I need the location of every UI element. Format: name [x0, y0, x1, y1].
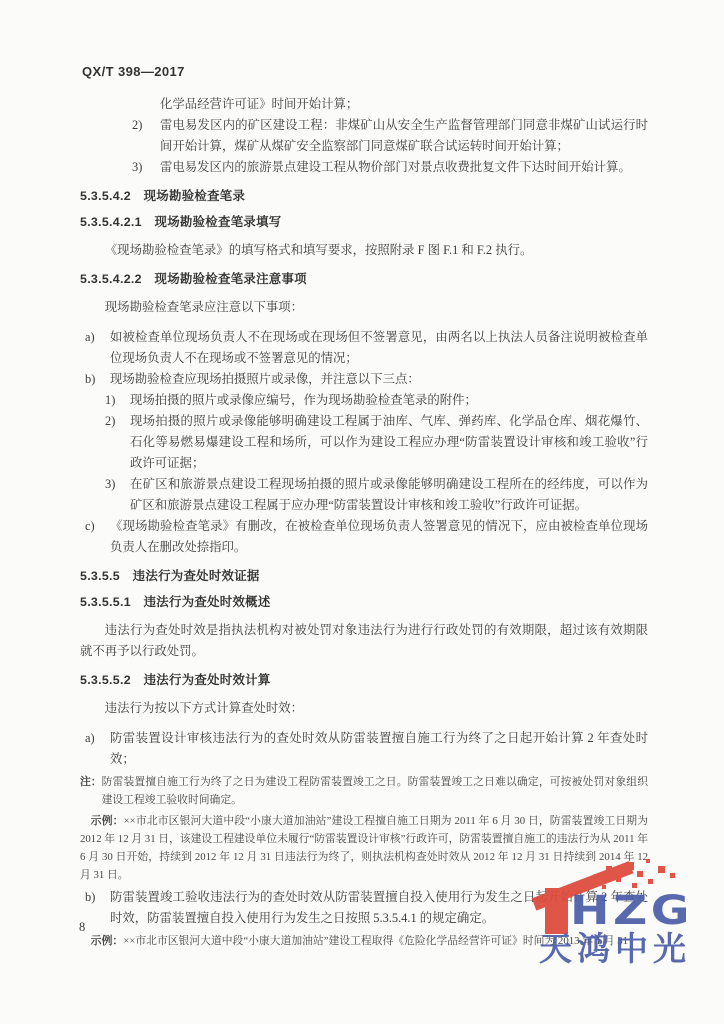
logo-pixel-dot: [670, 873, 675, 878]
logo-company-name: 天鸿中光: [539, 932, 691, 966]
section-heading: 5.3.5.4.2.2 现场勘验检查笔录注意事项: [80, 271, 648, 287]
logo-pixel-dot: [648, 879, 653, 884]
logo-pixel-dot: [637, 871, 643, 877]
list-item: 1) 现场拍摄的照片或录像应编号，作为现场勘验检查笔录的附件；: [80, 390, 648, 411]
list-item-label: a): [85, 728, 110, 770]
list-item-continuation: 化学品经营许可证》时间开始计算；: [80, 94, 648, 115]
logo-red-stem: [545, 888, 568, 934]
logo-pixel-dot: [594, 874, 601, 881]
logo-pixel-dot: [626, 862, 634, 870]
list-item-text: 雷电易发区内的矿区建设工程：非煤矿山从安全生产监督管理部门同意非煤矿山试运行时间…: [160, 115, 648, 157]
list-item: a) 防雷装置设计审核违法行为的查处时效从防雷装置擅自施工行为终了之日起开始计算…: [80, 728, 648, 770]
list-item-label: b): [85, 887, 110, 929]
section-heading: 5.3.5.5.1 违法行为查处时效概述: [80, 594, 648, 610]
page-number: 8: [79, 920, 85, 935]
logo-pixel-dot: [606, 866, 612, 872]
list-item-text: 在矿区和旅游景点建设工程现场拍摄的照片或录像能够明确建设工程所在的经纬度，可以作…: [130, 474, 648, 516]
section-heading: 5.3.5.5 违法行为查处时效证据: [80, 568, 648, 584]
logo-pixel-dot: [616, 877, 621, 882]
list-item-label: a): [85, 327, 110, 369]
section-heading: 5.3.5.4.2 现场勘验检查笔录: [80, 188, 648, 204]
list-item: b) 现场勘验检查应现场拍摄照片或录像，并注意以下三点：: [80, 369, 648, 390]
standard-number: QX/T 398—2017: [82, 64, 185, 79]
note-label: 注：: [80, 773, 102, 809]
logo-pixel-dot: [646, 859, 650, 863]
list-item-text: 现场勘验检查应现场拍摄照片或录像，并注意以下三点：: [110, 369, 648, 390]
list-item-label: 3): [105, 474, 130, 516]
list-item-label: 1): [105, 390, 130, 411]
note: 注： 防雷装置擅自施工行为终了之日为建设工程防雷装置竣工之日。防雷装置竣工之日难…: [80, 773, 648, 809]
company-watermark-logo: HZG 天鸿中光: [536, 856, 724, 971]
list-item-label: 2): [132, 115, 160, 157]
list-item: c) 《现场勘验检查笔录》有删改，在被检查单位现场负责人签署意见的情况下，应由被…: [80, 516, 648, 558]
list-item-text: 如被检查单位现场负责人不在现场或在现场但不签署意见，由两名以上执法人员备注说明被…: [110, 327, 648, 369]
list-item-text: 雷电易发区内的旅游景点建设工程从物价部门对景点收费批复文件下达时间开始计算。: [160, 157, 648, 178]
note-text: 防雷装置擅自施工行为终了之日为建设工程防雷装置竣工之日。防雷装置竣工之日难以确定…: [102, 773, 648, 809]
list-item-text: 《现场勘验检查笔录》有删改，在被检查单位现场负责人签署意见的情况下，应由被检查单…: [110, 516, 648, 558]
list-item: 3) 雷电易发区内的旅游景点建设工程从物价部门对景点收费批复文件下达时间开始计算…: [80, 157, 648, 178]
section-heading: 5.3.5.4.2.1 现场勘验检查笔录填写: [80, 214, 648, 230]
list-item: 2) 雷电易发区内的矿区建设工程：非煤矿山从安全生产监督管理部门同意非煤矿山试运…: [80, 115, 648, 157]
list-item: 2) 现场拍摄的照片或录像能够明确建设工程属于油库、气库、弹药库、化学品仓库、烟…: [80, 411, 648, 474]
list-item: a) 如被检查单位现场负责人不在现场或在现场但不签署意见，由两名以上执法人员备注…: [80, 327, 648, 369]
page-content: 化学品经营许可证》时间开始计算； 2) 雷电易发区内的矿区建设工程：非煤矿山从安…: [80, 94, 648, 953]
section-heading: 5.3.5.5.2 违法行为查处时效计算: [80, 672, 648, 688]
list-item-text: 防雷装置设计审核违法行为的查处时效从防雷装置擅自施工行为终了之日起开始计算 2 …: [110, 728, 648, 770]
list-item: 3) 在矿区和旅游景点建设工程现场拍摄的照片或录像能够明确建设工程所在的经纬度，…: [80, 474, 648, 516]
example-label: 示例：: [91, 935, 123, 947]
paragraph: 违法行为查处时效是指执法机构对被处罚对象违法行为进行行政处罚的有效期限，超过该有…: [80, 620, 648, 662]
list-item-label: c): [85, 516, 110, 558]
paragraph: 现场勘验检查笔录应注意以下事项：: [80, 297, 648, 318]
list-item-label: 2): [105, 411, 130, 474]
list-item-text: 化学品经营许可证》时间开始计算；: [160, 94, 648, 115]
list-item-text: 现场拍摄的照片或录像应编号，作为现场勘验检查笔录的附件；: [130, 390, 648, 411]
list-item-text: 现场拍摄的照片或录像能够明确建设工程属于油库、气库、弹药库、化学品仓库、烟花爆竹…: [130, 411, 648, 474]
paragraph: 《现场勘验检查笔录》的填写格式和填写要求，按照附录 F 图 F.1 和 F.2 …: [80, 240, 648, 261]
document-page: QX/T 398—2017 化学品经营许可证》时间开始计算； 2) 雷电易发区内…: [0, 0, 724, 1024]
logo-letters: HZG: [570, 894, 693, 928]
list-item-label: 3): [132, 157, 160, 178]
example-label: 示例：: [91, 815, 124, 827]
logo-pixel-dot: [658, 866, 665, 873]
paragraph: 违法行为按以下方式计算查处时效：: [80, 698, 648, 719]
list-item-label: b): [85, 369, 110, 390]
